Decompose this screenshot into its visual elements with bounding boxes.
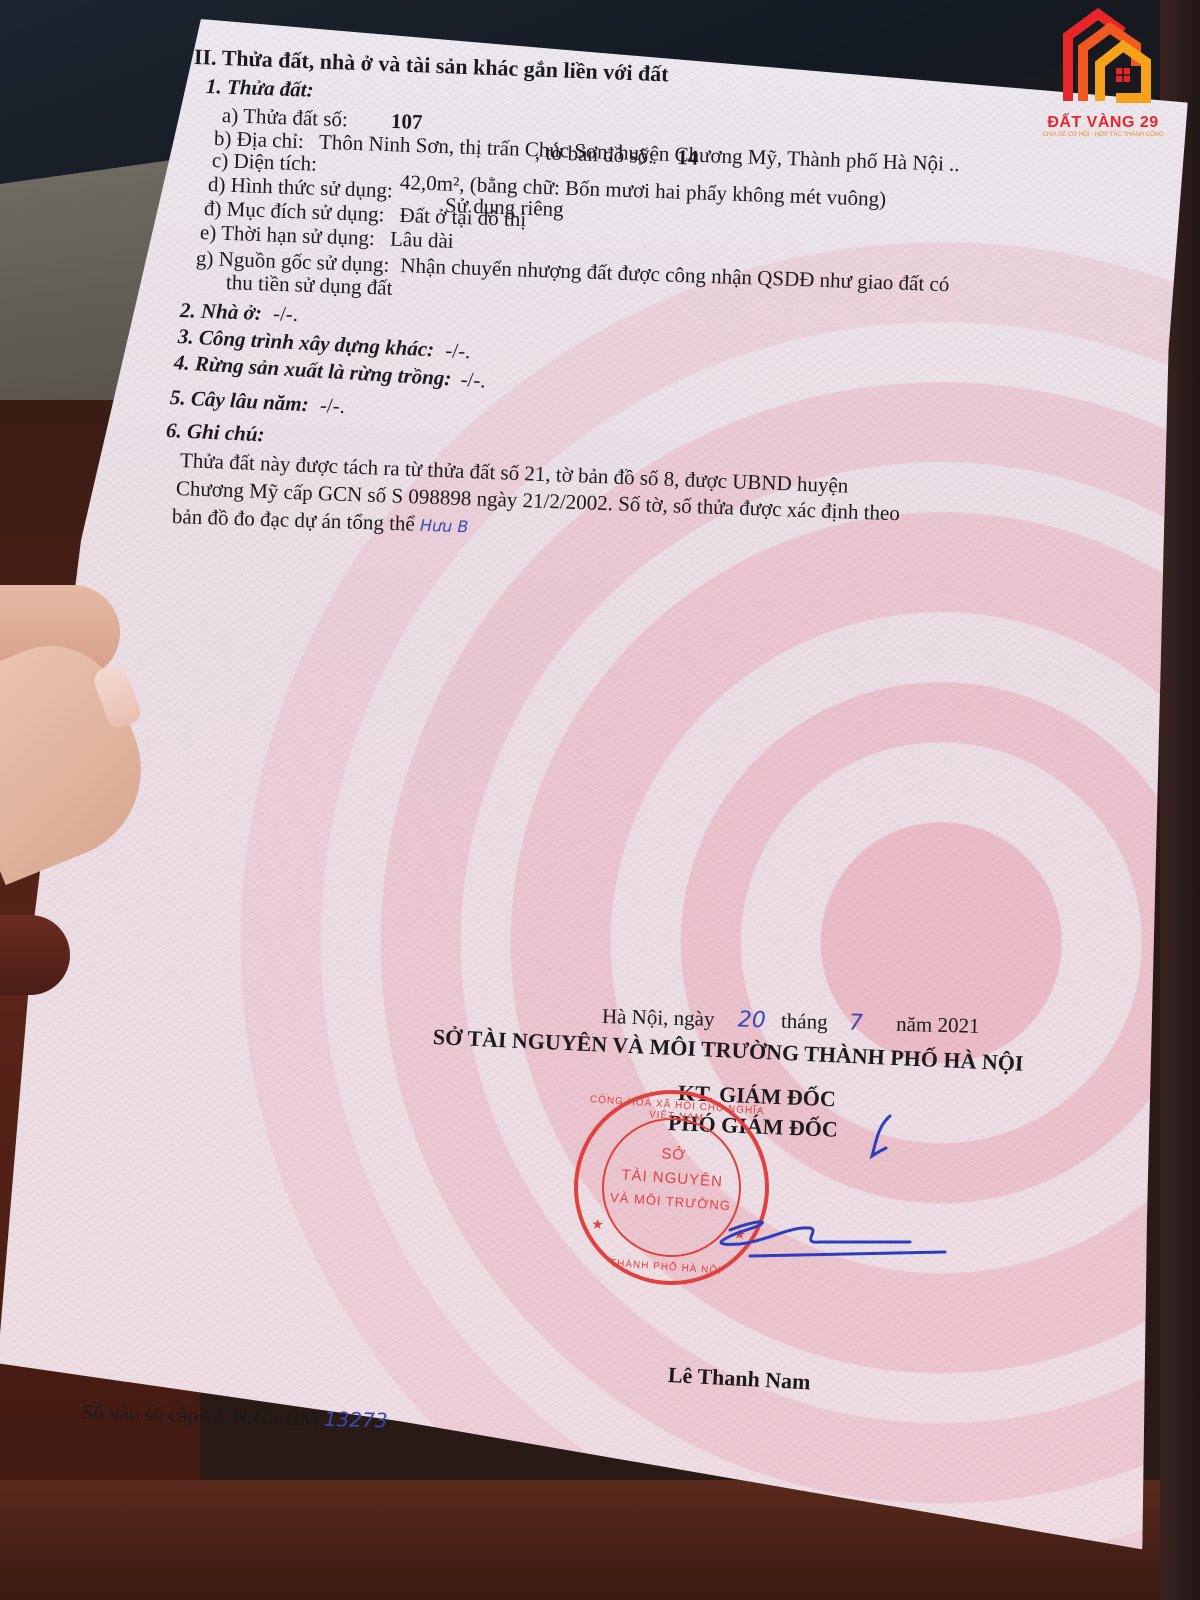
handwritten-annotation: Hưu B bbox=[420, 516, 469, 537]
brand-logo: ĐẤT VÀNG 29 CHIA SẺ CƠ HỘI - HỢP TÁC THÀ… bbox=[1028, 6, 1198, 136]
registry-row: Số vào sổ cấp GCN:CS-CM 13273 bbox=[82, 1400, 388, 1434]
address-value: Thôn Ninh Sơn, thị trấn Chúc Sơn, huyện … bbox=[319, 130, 960, 176]
registry-label: Số vào sổ cấp GCN:CS-CM bbox=[82, 1400, 319, 1431]
origin-value-continued: thu tiền sử dụng đất bbox=[226, 270, 393, 301]
initial-tick bbox=[868, 1112, 896, 1162]
term-label: e) Thời hạn sử dụng: bbox=[200, 220, 376, 250]
month-label: tháng bbox=[781, 1009, 828, 1034]
brand-name: ĐẤT VÀNG 29 bbox=[1028, 114, 1178, 132]
land-heading: 1. Thửa đất: bbox=[206, 74, 314, 103]
signature-scribble bbox=[700, 1212, 960, 1272]
certificate-text: II. Thửa đất, nhà ở và tài sản khác gắn … bbox=[0, 0, 1200, 1600]
house-heading: 2. Nhà ở: bbox=[180, 298, 263, 325]
registry-number: 13273 bbox=[324, 1407, 388, 1433]
parcel-number: 107 bbox=[391, 109, 423, 134]
notes-heading: 6. Ghi chú: bbox=[165, 418, 265, 447]
house-row: 2. Nhà ở: -/-. bbox=[180, 298, 299, 327]
notes-line-3-text: bản đồ đo đạc dự án tổng thể bbox=[172, 504, 416, 536]
address-row: b) Địa chỉ: Thôn Ninh Sơn, thị trấn Chúc… bbox=[214, 126, 961, 177]
signer-name: Lê Thanh Nam bbox=[667, 1362, 811, 1395]
perennial-trees-heading: 5. Cây lâu năm: bbox=[169, 385, 309, 416]
signing-month: 7 bbox=[849, 1010, 864, 1035]
signing-day: 20 bbox=[737, 1008, 766, 1034]
area-label: c) Diện tích: bbox=[212, 148, 318, 176]
place-date-prefix: Hà Nội, ngày bbox=[602, 1004, 715, 1031]
brand-tagline: CHIA SẺ CƠ HỘI - HỢP TÁC THÀNH CÔNG bbox=[1028, 132, 1178, 138]
perennial-trees-value: -/-. bbox=[319, 393, 345, 418]
house-logo-icon bbox=[1028, 6, 1178, 106]
signing-year: năm 2021 bbox=[896, 1012, 980, 1038]
production-forest-value: -/-. bbox=[460, 367, 486, 392]
other-construction-value: -/-. bbox=[445, 338, 471, 363]
perennial-trees-row: 5. Cây lâu năm: -/-. bbox=[169, 385, 345, 419]
term-value: Lâu dài bbox=[390, 227, 454, 253]
seal-star-icon: ★ bbox=[591, 1217, 605, 1235]
origin-value: Nhận chuyển nhượng đất được công nhận QS… bbox=[400, 253, 950, 296]
house-value: -/-. bbox=[273, 301, 299, 326]
